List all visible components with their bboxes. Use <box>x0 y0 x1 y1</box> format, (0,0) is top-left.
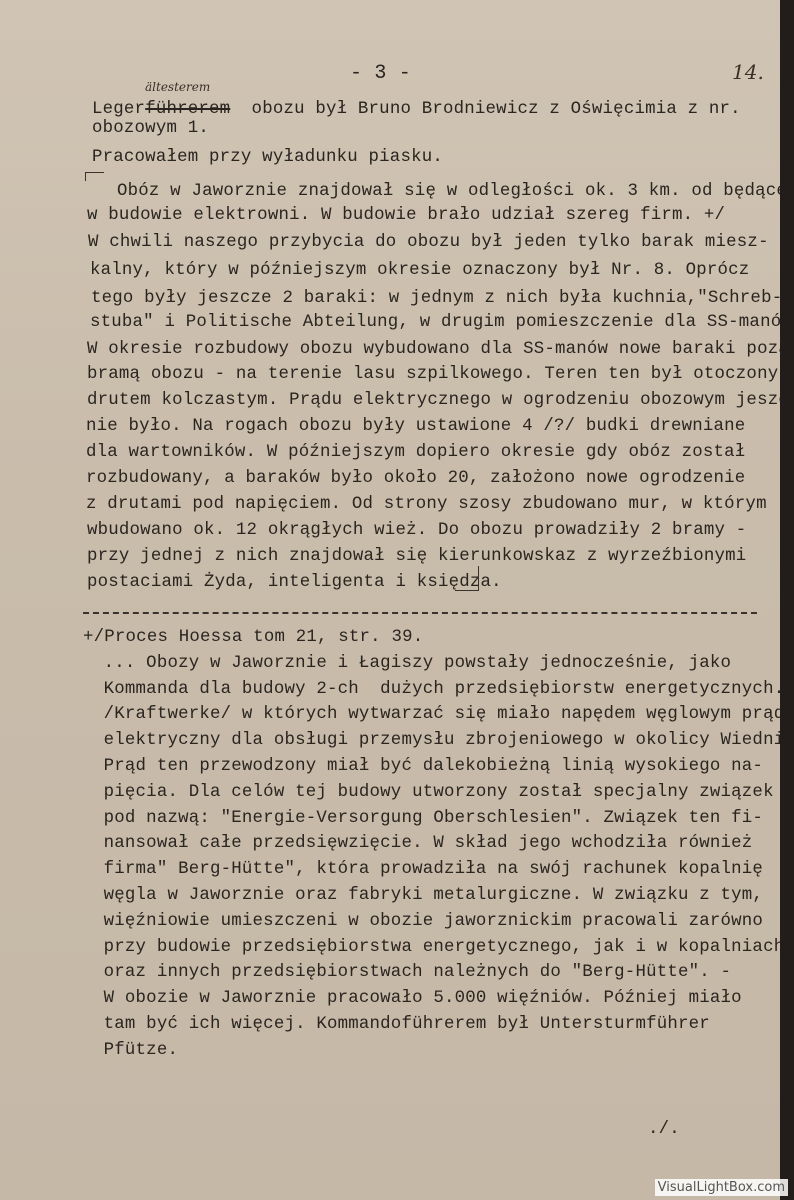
text-line: W okresie rozbudowy obozu wybudowano dla… <box>87 340 789 359</box>
text-line: dla wartowników. W późniejszym dopiero o… <box>86 443 745 462</box>
first-line-prefix: Leger <box>92 100 145 119</box>
struck-word: führerem <box>145 100 230 119</box>
footnote-line: nansował całe przedsięwzięcie. W skład j… <box>93 834 752 853</box>
footnote-line: pod nazwą: "Energie-Versorgung Oberschle… <box>93 809 763 828</box>
footnote-line: oraz innych przedsiębiorstwach należnych… <box>93 963 731 982</box>
text-line: Obóz w Jaworznie znajdował się w odległo… <box>117 182 794 201</box>
text-line: obozowym 1. <box>92 119 209 138</box>
bracket-mark-end <box>478 566 479 590</box>
footnote-line: elektryczny dla obsługi przemysłu zbroje… <box>93 731 794 750</box>
text-line: wbudowano ok. 12 okrągłych wież. Do oboz… <box>87 521 746 540</box>
footnote-line: firma" Berg-Hütte", która prowadziła na … <box>93 860 763 879</box>
text-line: stuba" i Politische Abteilung, w drugim … <box>90 313 792 332</box>
footnote-line: przy budowie przedsiębiorstwa energetycz… <box>93 938 784 957</box>
footnote-line: węgla w Jaworznie oraz fabryki metalurgi… <box>93 886 763 905</box>
footnote-line: W obozie w Jaworznie pracowało 5.000 wię… <box>93 989 742 1008</box>
footnote-line: /Kraftwerke/ w których wytwarzać się mia… <box>93 705 784 724</box>
first-line-rest: obozu był Bruno Brodniewicz z Oświęcimia… <box>230 100 741 119</box>
text-line: rozbudowany, a baraków było około 20, za… <box>86 469 745 488</box>
footnote-line: Kommanda dla budowy 2-ch dużych przedsię… <box>93 680 784 699</box>
first-line: Legerführerem obozu był Bruno Brodniewic… <box>92 100 741 119</box>
footnote-line: Prąd ten przewodzony miał być dalekobież… <box>93 757 763 776</box>
text-line: bramą obozu - na terenie lasu szpilkoweg… <box>87 365 778 384</box>
text-line: postaciami Żyda, inteligenta i księdza. <box>87 573 502 592</box>
footnote-line: pięcia. Dla celów tej budowy utworzony z… <box>93 783 774 802</box>
scan-edge <box>780 0 794 1200</box>
footnote-line: Pfütze. <box>93 1041 178 1060</box>
footnote-line: ... Obozy w Jaworznie i Łagiszy powstały… <box>93 654 731 673</box>
text-line: Pracowałem przy wyładunku piasku. <box>92 148 443 167</box>
text-line: W chwili naszego przybycia do obozu był … <box>88 233 769 252</box>
bracket-underline <box>455 590 479 591</box>
bracket-mark-start <box>85 172 104 181</box>
text-line: w budowie elektrowni. W budowie brało ud… <box>87 206 725 225</box>
text-line: z drutami pod napięciem. Od strony szosy… <box>86 495 767 514</box>
footnote-line: więźniowie umieszczeni w obozie jaworzni… <box>93 912 763 931</box>
text-line: przy jednej z nich znajdował się kierunk… <box>87 547 746 566</box>
handwritten-correction: ältesterem <box>145 80 210 94</box>
text-line: kalny, który w późniejszym okresie oznac… <box>90 261 749 280</box>
text-line: nie było. Na rogach obozu były ustawione… <box>86 417 745 436</box>
text-line: tego były jeszcze 2 baraki: w jednym z n… <box>91 289 782 308</box>
footnote-line: tam być ich więcej. Kommandoführerem był… <box>93 1015 710 1034</box>
watermark: VisualLightBox.com <box>655 1179 788 1196</box>
text-line: drutem kolczastym. Prądu elektrycznego w… <box>87 391 789 410</box>
page-number: - 3 - <box>350 62 411 85</box>
footnote-line: +/Proces Hoessa tom 21, str. 39. <box>83 628 423 647</box>
folio-number: 14. <box>732 60 764 84</box>
footnote-separator <box>83 612 757 614</box>
continuation-mark: ./. <box>648 1120 680 1139</box>
document-page: - 3 - 14. ältesterem Legerführerem obozu… <box>0 0 780 1200</box>
